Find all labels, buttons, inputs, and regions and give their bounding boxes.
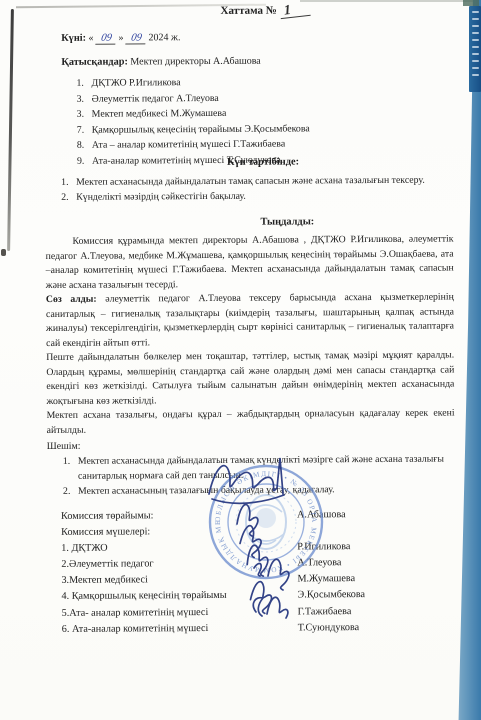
date-line: Күні: « 09 » 09 2024 ж. bbox=[45, 31, 453, 45]
participant-text: Қамқоршылық кеңесінің төрайымы Э.Қосымбе… bbox=[92, 121, 310, 138]
agenda-item-text: Күнделікті мәзірдің сәйкестігін бақылау. bbox=[76, 189, 246, 205]
chair-name: А.Абашова bbox=[295, 507, 453, 524]
signer-name: Р.Игиликова bbox=[295, 539, 453, 556]
decision-item: 2.Мектеп асханасының тазалағыын бақылауд… bbox=[63, 482, 455, 499]
agenda-item-number: 2. bbox=[61, 190, 76, 205]
participant-text: ДҚТЖО Р.Игиликова bbox=[91, 75, 180, 91]
decision-item-text: Мектеп асханасында дайындалатын тамақ кү… bbox=[78, 453, 455, 485]
speech-label: Сөз алды: bbox=[46, 294, 97, 305]
signer-label: 5.Ата- аналар комитетінің мүшесі bbox=[62, 604, 296, 622]
scan-top-right-edge-line bbox=[300, 0, 475, 2]
speech-text: әлеуметтік педагог А.Тлеуова тексеру бар… bbox=[46, 292, 454, 349]
decision-item: 1.Мектеп асханасында дайындалатын тамақ … bbox=[63, 453, 455, 485]
participant-number: 1. bbox=[76, 76, 91, 92]
scan-left-edge-mark bbox=[1, 249, 6, 256]
participant-text: Ата – аналар комитетінің мүшесі Г.Тажиба… bbox=[92, 137, 285, 154]
heard-paragraph-3: Мектеп асхана тазалығы, ондағы құрал – ж… bbox=[47, 407, 455, 438]
agenda-item: 1.Мектеп асханасында дайындалатын тамақ … bbox=[61, 173, 453, 190]
date-label: Күні: bbox=[61, 33, 86, 44]
participants-line: Қатысқандар: Мектеп директоры А.Абашова bbox=[45, 55, 453, 68]
heard-paragraph-2: Пеште дайындалатын бөлкелер мен тоқаштар… bbox=[46, 349, 454, 409]
agenda-item-number: 1. bbox=[61, 175, 76, 190]
speech-paragraph: Сөз алды: әлеуметтік педагог А.Тлеуова т… bbox=[46, 291, 454, 351]
agenda-list: 1.Мектеп асханасында дайындалатын тамақ … bbox=[45, 173, 453, 205]
participant-text: Мектеп медбикесі М.Жумашева bbox=[92, 106, 227, 122]
signer-label: 2.Әлеуметтік педагог bbox=[61, 556, 295, 574]
participant-number: 3. bbox=[77, 107, 92, 123]
heard-paragraph-1: Комиссия құрамында мектеп директоры А.Аб… bbox=[45, 233, 453, 293]
document-header-section: Хаттама № 1 Күні: « 09 » 09 2024 ж. Қаты… bbox=[45, 4, 454, 170]
signer-name: Э.Қосымбекова bbox=[295, 587, 453, 604]
protocol-number-handwritten: 1 bbox=[279, 3, 310, 19]
decision-list: 1.Мектеп асханасында дайындалатын тамақ … bbox=[47, 453, 455, 500]
decision-item-number: 1. bbox=[63, 455, 78, 485]
signer-label: 6. Ата-аналар комитетінің мүшесі bbox=[62, 620, 296, 638]
participant-number: 8. bbox=[77, 138, 92, 154]
signature-section: Комиссия төрайымы: А.Абашова Комиссия мү… bbox=[45, 507, 454, 638]
participant-number: 7. bbox=[77, 122, 92, 138]
signer-name: М.Жумашева bbox=[295, 571, 453, 588]
decision-heading: Шешім: bbox=[47, 437, 455, 454]
document-body-section: Күн тәртібінде: 1.Мектеп асханасында дай… bbox=[45, 156, 455, 500]
signer-name: Г.Тажибаева bbox=[296, 603, 454, 620]
participant-text: Әлеуметтік педагог А.Тлеуова bbox=[92, 91, 219, 107]
title-prefix: Хаттама № bbox=[220, 5, 276, 17]
participants-head: Мектеп директоры А.Абашова bbox=[130, 56, 260, 68]
heard-heading: Тыңдалды: bbox=[83, 215, 481, 228]
document-title: Хаттама № 1 bbox=[61, 3, 469, 18]
participants-label: Қатысқандар: bbox=[61, 56, 128, 67]
date-open-quote: « bbox=[89, 33, 94, 44]
decision-item-text: Мектеп асханасының тазалағыын бақылауда … bbox=[78, 483, 335, 499]
agenda-item: 2.Күнделікті мәзірдің сәйкестігін бақыла… bbox=[61, 188, 453, 205]
scan-right-label-block bbox=[469, 6, 481, 92]
date-close-quote: » bbox=[119, 33, 124, 44]
signer-name: А.Тлеуова bbox=[295, 555, 453, 572]
agenda-heading: Күн тәртібінде: bbox=[59, 155, 467, 168]
agenda-item-text: Мектеп асханасында дайындалатын тамақ са… bbox=[76, 173, 425, 190]
scan-left-edge-shadow bbox=[7, 9, 14, 251]
signer-label: 1. ДҚТЖО bbox=[61, 540, 295, 558]
date-day-handwritten: 09 bbox=[95, 34, 117, 45]
decision-item-number: 2. bbox=[63, 484, 78, 499]
signer-name: Т.Суюндукова bbox=[296, 619, 454, 636]
chair-label: Комиссия төрайымы: bbox=[61, 507, 295, 525]
date-year: 2024 ж. bbox=[149, 32, 181, 43]
date-month-handwritten: 09 bbox=[125, 33, 147, 44]
scanned-document-page: Хаттама № 1 Күні: « 09 » 09 2024 ж. Қаты… bbox=[0, 0, 481, 720]
members-label: Комиссия мүшелері: bbox=[61, 524, 295, 542]
signature-row: 6. Ата-аналар комитетінің мүшесіТ.Суюнду… bbox=[62, 619, 454, 637]
signer-label: 4. Қамқоршылық кеңесінің төрайымы bbox=[61, 588, 295, 606]
participant-number: 3. bbox=[77, 91, 92, 107]
signer-label: 3.Мектеп медбикесі bbox=[61, 572, 295, 590]
